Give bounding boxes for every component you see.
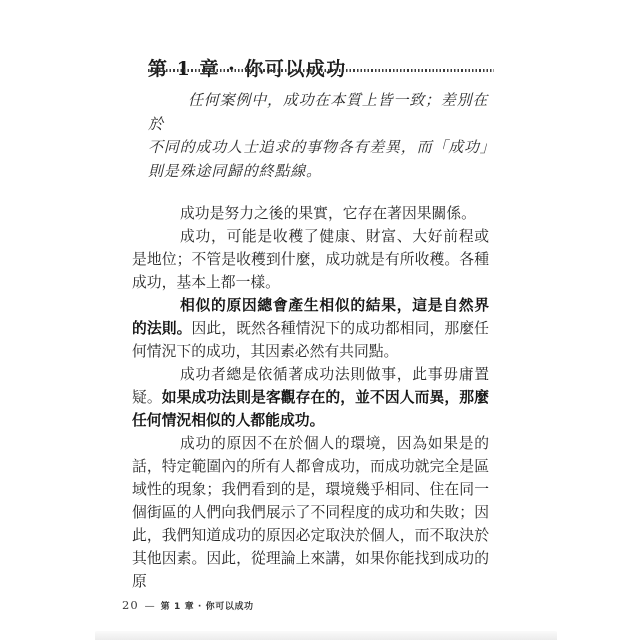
page-bottom-edge-shadow — [95, 631, 557, 640]
body-paragraph: 成功的原因不在於個人的環境，因為如果是的話，特定範圍內的所有人都會成功，而成功就… — [132, 432, 489, 593]
footer-chapter-title: 第 1 章 · 你可以成功 — [161, 599, 254, 612]
page-footer: 20 — 第 1 章 · 你可以成功 — [122, 598, 254, 612]
book-page: 第 1 章 · 你可以成功 任何案例中，成功在本質上皆一致；差別在於 不同的成功… — [0, 0, 640, 640]
body-paragraph: 成功是努力之後的果實，它存在著因果關係。 — [132, 202, 489, 225]
chapter-title: 第 1 章 · 你可以成功 — [148, 54, 347, 81]
page-number: 20 — [122, 598, 139, 612]
body-paragraph: 成功者總是依循著成功法則做事，此事毋庸置疑。如果成功法則是客觀存在的，並不因人而… — [132, 363, 489, 432]
epigraph-quote: 任何案例中，成功在本質上皆一致；差別在於 不同的成功人士追求的事物各有差異，而「… — [148, 89, 498, 183]
footer-separator: — — [145, 601, 155, 612]
body-paragraph: 成功，可能是收穫了健康、財富、大好前程或是地位；不管是收穫到什麼，成功就是有所收… — [132, 225, 489, 294]
paragraph-text: 成功的原因不在於個人的環境，因為如果是的話，特定範圍內的所有人都會成功，而成功就… — [132, 435, 489, 590]
body-paragraph: 相似的原因總會產生相似的結果，這是自然界的法則。因此，既然各種情況下的成功都相同… — [132, 294, 489, 363]
epigraph-line: 任何案例中，成功在本質上皆一致；差別在於 — [148, 89, 498, 136]
body-text: 成功是努力之後的果實，它存在著因果關係。 成功，可能是收穫了健康、財富、大好前程… — [132, 202, 489, 593]
epigraph-line: 則是殊途同歸的終點線。 — [148, 160, 498, 184]
paragraph-text-emphasis: 如果成功法則是客觀存在的，並不因人而異，那麼任何情況相似的人都能成功。 — [132, 389, 489, 429]
title-dotted-rule — [148, 69, 494, 72]
epigraph-line: 不同的成功人士追求的事物各有差異，而「成功」 — [148, 136, 498, 160]
paragraph-text: 成功是努力之後的果實，它存在著因果關係。 — [180, 205, 476, 222]
paragraph-text: 成功，可能是收穫了健康、財富、大好前程或是地位；不管是收穫到什麼，成功就是有所收… — [132, 228, 489, 291]
